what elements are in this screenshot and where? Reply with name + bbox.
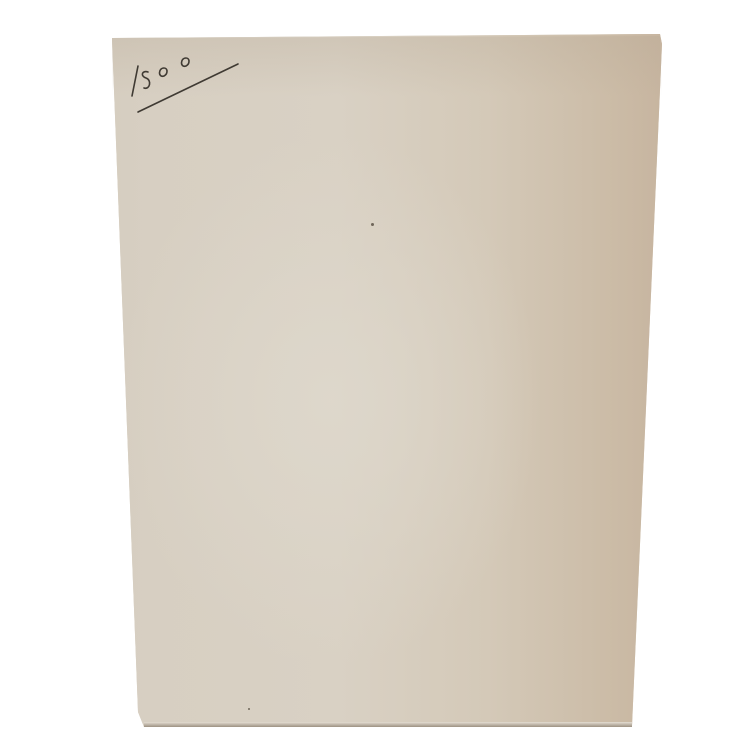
paper-speck — [371, 223, 374, 226]
paper-sheet — [0, 0, 750, 750]
paper-bottom-edge — [144, 722, 632, 727]
handwritten-annotation: 1800 — [128, 46, 248, 116]
paper-speck — [248, 708, 250, 710]
